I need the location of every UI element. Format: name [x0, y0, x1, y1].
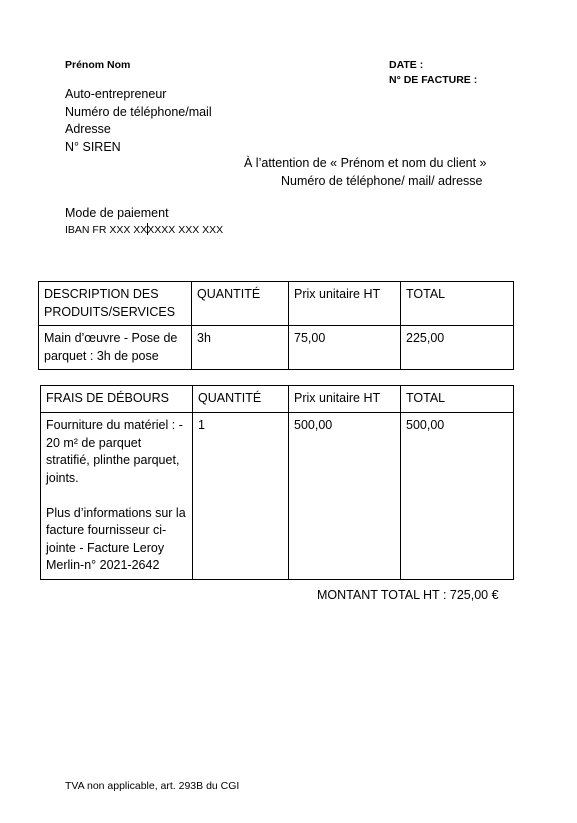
header-unit-price: Prix unitaire HT	[289, 386, 401, 413]
header-debours: FRAIS DE DÉBOURS	[41, 386, 193, 413]
client-block: À l’attention de « Prénom et nom du clie…	[244, 155, 487, 190]
cell-unit-price: 500,00	[289, 413, 401, 580]
sender-siren: N° SIREN	[65, 139, 212, 157]
debours-table-header: FRAIS DE DÉBOURS QUANTITÉ Prix unitaire …	[41, 386, 514, 413]
description-supplier-invoice: Plus d’informations sur la facture fourn…	[46, 505, 187, 575]
header-quantity: QUANTITÉ	[193, 386, 289, 413]
cell-description: Fourniture du matériel : - 20 m² de parq…	[41, 413, 193, 580]
header-total: TOTAL	[401, 386, 514, 413]
invoice-number-label: N° DE FACTURE :	[389, 73, 477, 88]
header-total: TOTAL	[401, 282, 514, 326]
header-description: DESCRIPTION DES PRODUITS/SERVICES	[39, 282, 192, 326]
cell-total: 225,00	[401, 326, 514, 370]
sender-name: Prénom Nom	[65, 58, 130, 73]
description-materials: Fourniture du matériel : - 20 m² de parq…	[46, 417, 187, 487]
date-label: DATE :	[389, 58, 477, 73]
payment-method-label: Mode de paiement	[65, 205, 223, 223]
iban-line[interactable]: IBAN FR XXX XXXXXX XXX XXX	[65, 223, 223, 237]
table-row: Fourniture du matériel : - 20 m² de parq…	[41, 413, 514, 580]
header-quantity: QUANTITÉ	[192, 282, 289, 326]
table-row: Main d’œuvre - Pose de parquet : 3h de p…	[39, 326, 514, 370]
invoice-meta: DATE : N° DE FACTURE :	[389, 58, 477, 88]
sender-address: Adresse	[65, 121, 212, 139]
iban-text-start: IBAN FR XXX XX	[65, 224, 147, 236]
services-table: DESCRIPTION DES PRODUITS/SERVICES QUANTI…	[38, 281, 514, 370]
services-table-header: DESCRIPTION DES PRODUITS/SERVICES QUANTI…	[39, 282, 514, 326]
sender-contact: Numéro de téléphone/mail	[65, 104, 212, 122]
payment-block: Mode de paiement IBAN FR XXX XXXXXX XXX …	[65, 205, 223, 237]
debours-table: FRAIS DE DÉBOURS QUANTITÉ Prix unitaire …	[40, 385, 514, 580]
client-contact: Numéro de téléphone/ mail/ adresse	[244, 173, 487, 191]
cell-unit-price: 75,00	[289, 326, 401, 370]
header-unit-price: Prix unitaire HT	[289, 282, 401, 326]
cell-quantity: 1	[193, 413, 289, 580]
total-amount-ht: MONTANT TOTAL HT : 725,00 €	[317, 587, 499, 605]
iban-text-end: XXXX XXX XXX	[147, 224, 223, 236]
cell-quantity: 3h	[192, 326, 289, 370]
cell-description: Main d’œuvre - Pose de parquet : 3h de p…	[39, 326, 192, 370]
client-attention: À l’attention de « Prénom et nom du clie…	[244, 155, 487, 173]
cell-total: 500,00	[401, 413, 514, 580]
vat-note: TVA non applicable, art. 293B du CGI	[65, 779, 239, 793]
sender-status: Auto-entrepreneur	[65, 86, 212, 104]
sender-info: Auto-entrepreneur Numéro de téléphone/ma…	[65, 86, 212, 156]
